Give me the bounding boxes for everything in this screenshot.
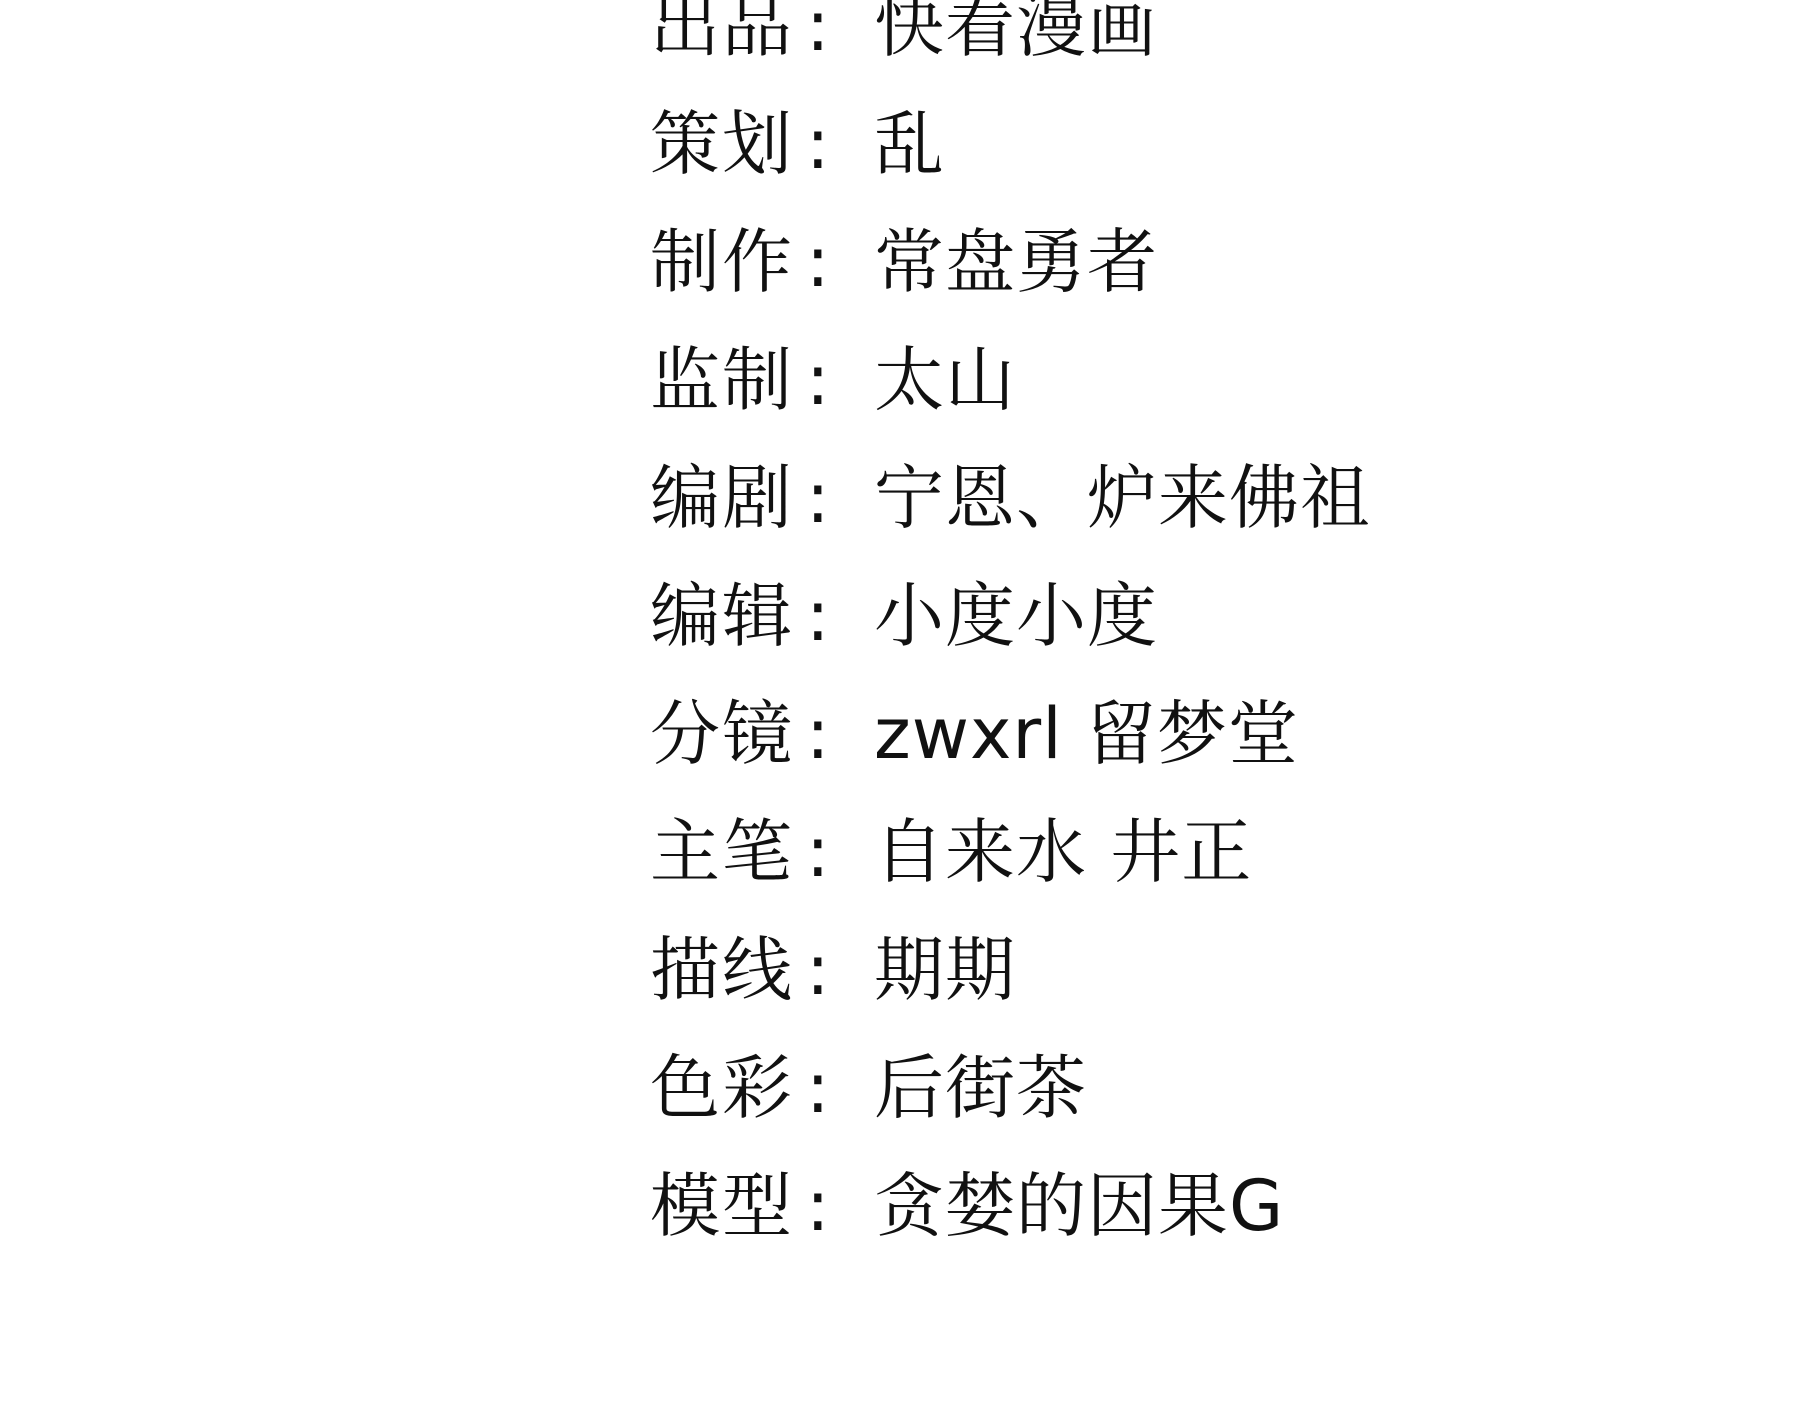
credit-row-production: 制作 : 常盘勇者 xyxy=(650,203,1750,321)
credit-name: zwxrl 留梦堂 xyxy=(874,675,1299,793)
credit-separator: : xyxy=(806,203,874,321)
credit-role: 描线 xyxy=(650,911,806,1029)
credit-separator: : xyxy=(806,321,874,439)
credit-row-lead-artist: 主笔 : 自来水 井正 xyxy=(650,793,1750,911)
credit-name: 太山 xyxy=(874,321,1016,439)
credit-separator: : xyxy=(806,1147,874,1265)
credit-role: 策划 xyxy=(650,85,806,203)
credit-row-lineart: 描线 : 期期 xyxy=(650,911,1750,1029)
credit-name: 后街茶 xyxy=(874,1029,1087,1147)
credit-separator: : xyxy=(806,911,874,1029)
credit-row-screenwriter: 编剧 : 宁恩、炉来佛祖 xyxy=(650,439,1750,557)
credit-separator: : xyxy=(806,85,874,203)
credit-row-color: 色彩 : 后街茶 xyxy=(650,1029,1750,1147)
credit-role: 编剧 xyxy=(650,439,806,557)
credit-role: 分镜 xyxy=(650,675,806,793)
credit-role: 主笔 xyxy=(650,793,806,911)
credit-row-model: 模型 : 贪婪的因果G xyxy=(650,1147,1750,1265)
credit-name: 期期 xyxy=(874,911,1016,1029)
credit-name: 贪婪的因果G xyxy=(874,1147,1284,1265)
credit-role: 编辑 xyxy=(650,557,806,675)
credit-separator: : xyxy=(806,439,874,557)
credit-row-planning: 策划 : 乱 xyxy=(650,85,1750,203)
credit-row-supervisor: 监制 : 太山 xyxy=(650,321,1750,439)
credit-name: 常盘勇者 xyxy=(874,203,1158,321)
credit-role: 出品 xyxy=(650,0,806,85)
credit-role: 模型 xyxy=(650,1147,806,1265)
credits-list: 出品 : 快看漫画 策划 : 乱 制作 : 常盘勇者 监制 : 太山 编剧 : … xyxy=(650,0,1750,1265)
credit-row-publisher: 出品 : 快看漫画 xyxy=(650,0,1750,85)
credit-name: 宁恩、炉来佛祖 xyxy=(874,439,1371,557)
credit-name: 乱 xyxy=(874,85,945,203)
credit-separator: : xyxy=(806,557,874,675)
credit-role: 制作 xyxy=(650,203,806,321)
credit-separator: : xyxy=(806,1029,874,1147)
credit-separator: : xyxy=(806,0,874,85)
credit-name: 自来水 井正 xyxy=(874,793,1252,911)
credit-name: 快看漫画 xyxy=(874,0,1158,85)
credit-role: 色彩 xyxy=(650,1029,806,1147)
credit-row-storyboard: 分镜 : zwxrl 留梦堂 xyxy=(650,675,1750,793)
credit-separator: : xyxy=(806,675,874,793)
credit-separator: : xyxy=(806,793,874,911)
credit-role: 监制 xyxy=(650,321,806,439)
credit-name: 小度小度 xyxy=(874,557,1158,675)
credit-row-editor: 编辑 : 小度小度 xyxy=(650,557,1750,675)
